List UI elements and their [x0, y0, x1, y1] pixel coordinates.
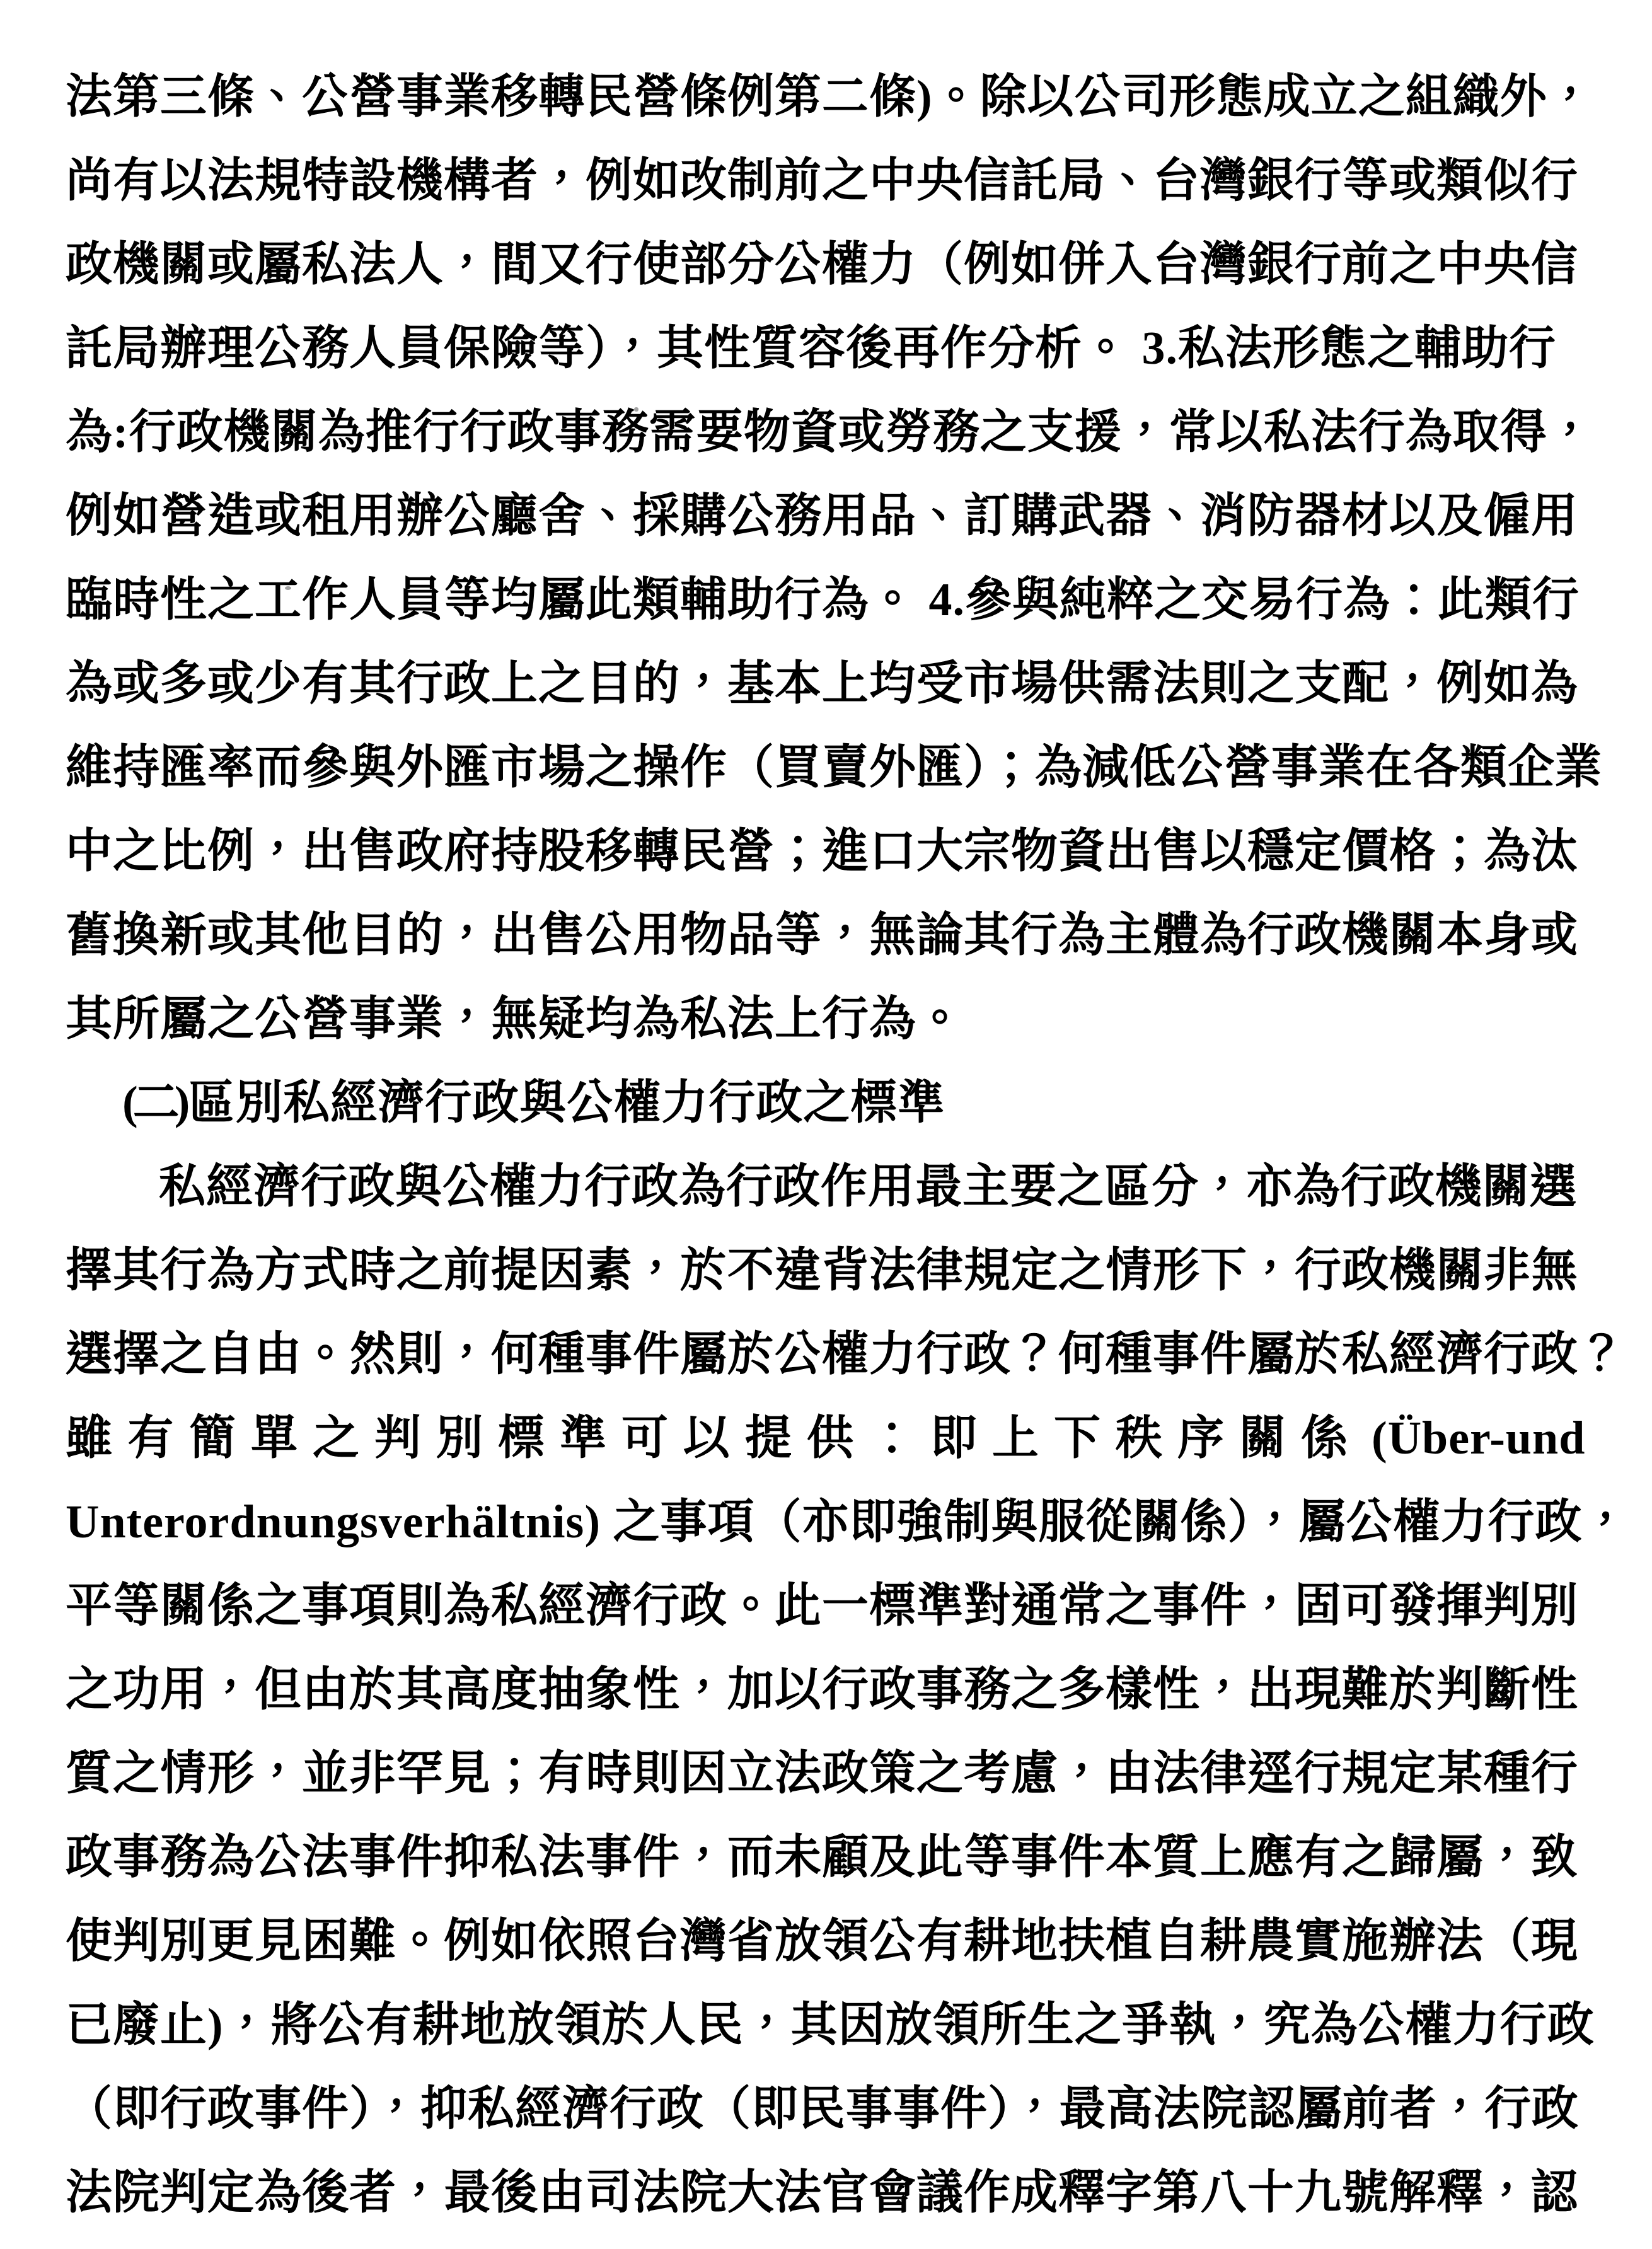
- text-line: 之功用，但由於其高度抽象性，加以行政事務之多樣性，出現難於判斷性: [66, 1648, 1595, 1732]
- text-line-german-part: (Über-und: [1372, 1413, 1585, 1464]
- text-line: 私經濟行政與公權力行政為行政作用最主要之區分，亦為行政機關選: [66, 1145, 1595, 1229]
- text-line: 雖有簡單之判別標準可以提供：即上下秩序關係(Über-und: [66, 1397, 1595, 1481]
- text-line: 擇其行為方式時之前提因素，於不違背法律規定之情形下，行政機關非無: [66, 1229, 1595, 1313]
- text-line: 中之比例，出售政府持股移轉民營；進口大宗物資出售以穩定價格；為汰: [66, 810, 1595, 894]
- photocopy-speck: [1552, 690, 1557, 694]
- text-line-chinese-part: 雖有簡單之判別標準可以提供：即上下秩序關係: [66, 1413, 1363, 1464]
- photocopy-speck: [285, 586, 291, 590]
- text-line: 其所屬之公營事業，無疑均為私法上行為。: [66, 978, 1595, 1061]
- section-number: (二): [122, 1077, 185, 1129]
- text-line: 法第三條、公營事業移轉民營條例第二條)。除以公司形態成立之組織外，: [66, 55, 1595, 139]
- scanned-document-page: 法第三條、公營事業移轉民營條例第二條)。除以公司形態成立之組織外， 尚有以法規特…: [0, 0, 1652, 2249]
- text-line: （即行政事件），抑私經濟行政（即民事事件），最高法院認屬前者，行政: [66, 2067, 1595, 2151]
- text-line: 政事務為公法事件抑私法事件，而未顧及此等事件本質上應有之歸屬，致: [66, 1816, 1595, 1900]
- text-line: 為或多或少有其行政上之目的，基本上均受市場供需法則之支配，例如為: [66, 642, 1595, 726]
- text-line: 平等關係之事項則為私經濟行政。此一標準對通常之事件，固可發揮判別: [66, 1564, 1595, 1648]
- text-line: 為:行政機關為推行行政事務需要物資或勞務之支援，常以私法行為取得，: [66, 391, 1595, 475]
- text-line: 法院判定為後者，最後由司法院大法官會議作成釋字第八十九號解釋，認: [66, 2151, 1595, 2235]
- text-line: 使判別更見困難。例如依照台灣省放領公有耕地扶植自耕農實施辦法（現: [66, 1900, 1595, 1984]
- text-line: 質之情形，並非罕見；有時則因立法政策之考慮，由法律逕行規定某種行: [66, 1732, 1595, 1816]
- text-line: 舊換新或其他目的，出售公用物品等，無論其行為主體為行政機關本身或: [66, 894, 1595, 978]
- text-line: 託局辦理公務人員保險等），其性質容後再作分析。 3.私法形態之輔助行: [66, 307, 1595, 391]
- section-heading: (二)區別私經濟行政與公權力行政之標準: [66, 1061, 1595, 1145]
- photocopy-speck: [634, 407, 638, 412]
- text-line: Unterordnungsverhältnis) 之事項（亦即強制與服從關係），…: [66, 1481, 1595, 1564]
- text-line: 例如營造或租用辦公廳舍、採購公務用品、訂購武器、消防器材以及僱用: [66, 475, 1595, 558]
- text-line: 維持匯率而參與外匯市場之操作（買賣外匯）；為減低公營事業在各類企業: [66, 726, 1595, 810]
- text-line: 臨時性之工作人員等均屬此類輔助行為。 4.參與純粹之交易行為：此類行: [66, 558, 1595, 642]
- text-line: 選擇之自由。然則，何種事件屬於公權力行政？何種事件屬於私經濟行政？: [66, 1313, 1595, 1397]
- text-line: 政機關或屬私法人，間又行使部分公權力（例如併入台灣銀行前之中央信: [66, 223, 1595, 307]
- section-heading-text: 區別私經濟行政與公權力行政之標準: [188, 1077, 945, 1129]
- text-line: 已廢止)，將公有耕地放領於人民，其因放領所生之爭執，究為公權力行政: [66, 1984, 1595, 2067]
- text-line: 尚有以法規特設機構者，例如改制前之中央信託局、台灣銀行等或類似行: [66, 139, 1595, 223]
